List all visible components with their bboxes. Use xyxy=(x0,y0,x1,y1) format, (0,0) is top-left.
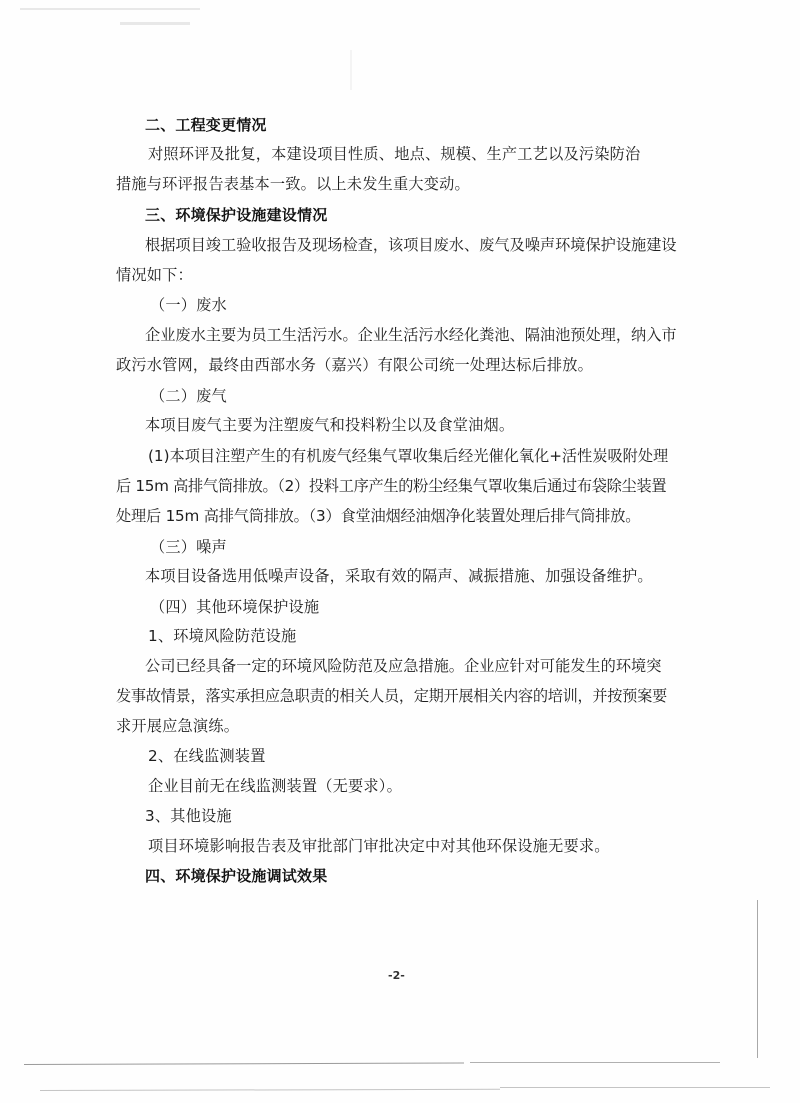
scan-border-bottom-lower xyxy=(40,1089,500,1091)
section-heading-facilities-construction: 三、环境保护设施建设情况 xyxy=(145,205,327,225)
page-number: -2- xyxy=(388,969,405,982)
scan-border-bottom xyxy=(24,1062,464,1065)
paragraph-line: 公司已经具备一定的环境风险防范及应急措施。企业应针对可能发生的环境突 xyxy=(145,656,661,676)
scan-border-right xyxy=(757,900,758,1058)
scan-border-bottom-lower xyxy=(500,1087,770,1088)
subsection-heading-noise: （三）噪声 xyxy=(150,537,227,557)
paragraph-line: 后 15m 高排气筒排放。（2）投料工序产生的粉尘经集气罩收集后通过布袋除尘装置 xyxy=(116,476,666,496)
scan-artifact xyxy=(20,8,200,10)
paragraph-line: 政污水管网，最终由西部水务（嘉兴）有限公司统一处理达标后排放。 xyxy=(116,355,593,375)
paragraph-line: 项目环境影响报告表及审批部门审批决定中对其他环保设施无要求。 xyxy=(148,836,610,856)
item-heading-online-monitoring: 2、在线监测装置 xyxy=(148,746,266,766)
scan-artifact xyxy=(120,22,190,25)
scan-artifact xyxy=(350,50,352,90)
subsection-heading-other-facilities: （四）其他环境保护设施 xyxy=(150,597,319,617)
paragraph-line: (1)本项目注塑产生的有机废气经集气罩收集后经光催化氧化+活性炭吸附处理 xyxy=(148,446,668,466)
document-page: 二、工程变更情况 对照环评及批复，本建设项目性质、地点、规模、生产工艺以及污染防… xyxy=(0,0,800,1103)
paragraph-line: 发事故情景，落实承担应急职责的相关人员，定期开展相关内容的培训，并按预案要 xyxy=(116,686,667,706)
paragraph-line: 根据项目竣工验收报告及现场检查，该项目废水、废气及噪声环境保护设施建设 xyxy=(145,235,677,255)
subsection-heading-wastewater: （一）废水 xyxy=(150,295,227,315)
paragraph-line: 情况如下： xyxy=(116,265,193,285)
paragraph-line: 本项目设备选用低噪声设备，采取有效的隔声、减振措施、加强设备维护。 xyxy=(145,566,653,586)
section-heading-engineering-changes: 二、工程变更情况 xyxy=(145,115,267,135)
item-heading-risk-prevention: 1、环境风险防范设施 xyxy=(148,626,296,646)
section-heading-commissioning-effect: 四、环境保护设施调试效果 xyxy=(145,866,327,886)
paragraph-line: 企业废水主要为员工生活污水。企业生活污水经化粪池、隔油池预处理，纳入市 xyxy=(145,325,677,345)
item-heading-other-measures: 3、其他设施 xyxy=(145,806,232,826)
paragraph-line: 处理后 15m 高排气筒排放。（3）食堂油烟经油烟净化装置处理后排气筒排放。 xyxy=(116,506,640,526)
paragraph-line: 措施与环评报告表基本一致。以上未发生重大变动。 xyxy=(116,174,470,194)
subsection-heading-exhaust: （二）废气 xyxy=(150,386,227,406)
paragraph-line: 本项目废气主要为注塑废气和投料粉尘以及食堂油烟。 xyxy=(145,415,514,435)
paragraph-line: 求开展应急演练。 xyxy=(116,716,239,736)
paragraph-line: 企业目前无在线监测装置（无要求）。 xyxy=(148,776,402,796)
scan-border-bottom xyxy=(470,1062,720,1063)
paragraph-line: 对照环评及批复，本建设项目性质、地点、规模、生产工艺以及污染防治 xyxy=(148,144,640,164)
